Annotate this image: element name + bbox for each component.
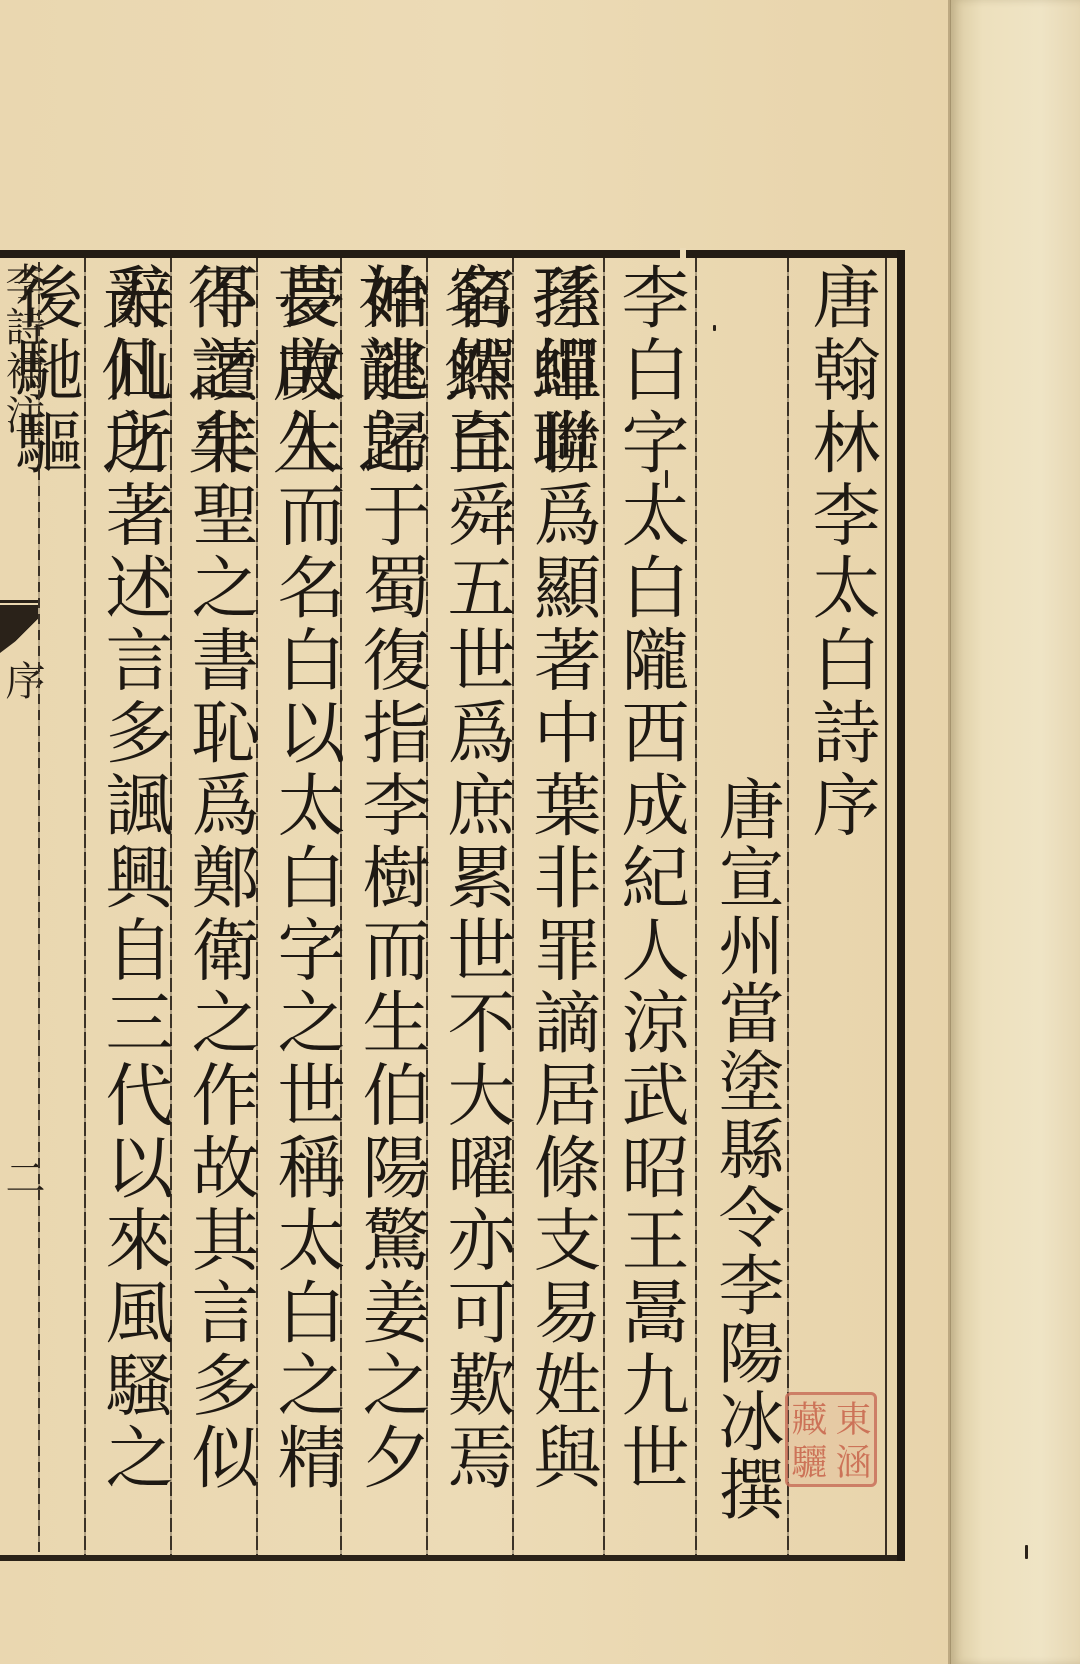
seal-char: 驪 <box>784 1440 828 1483</box>
ink-speck <box>713 325 716 331</box>
text-column-4: 始逃歸于蜀復指李樹而生伯陽驚姜之夕長庚入 <box>345 262 435 1552</box>
collector-seal: 東 涵 藏 驪 <box>785 1392 877 1487</box>
text-column-1: 李白字太白隴西成紀人涼武昭王暠九世孫蟬聯 <box>604 262 694 1552</box>
frame-top-border <box>0 250 905 258</box>
banxin-rule <box>38 262 40 1552</box>
column-rule <box>695 258 697 1555</box>
frame-right-border-inner <box>885 258 887 1555</box>
banxin-book-title: 李詩補注 <box>2 262 42 438</box>
banxin-fold-column: 李詩補注 序 二 <box>0 262 44 1552</box>
text-column-3: 窮蟬至舜五世爲庶累世不大曜亦可歎焉神龍之 <box>430 262 520 1552</box>
text-column-7: 辭凡所著述言多諷興自三代以來風騷之後馳驅 <box>88 262 178 1552</box>
paper-margin-right <box>950 0 1080 1664</box>
ink-speck <box>1025 1545 1028 1559</box>
seal-char: 東 <box>828 1397 872 1440</box>
text-column-6: 不讀非聖之書恥爲鄭衛之作故其言多似天仙之 <box>174 262 264 1552</box>
frame-top-gap <box>680 248 686 260</box>
banxin-section-label: 序 <box>2 660 42 700</box>
page-fold-line <box>948 0 951 1664</box>
frame-bottom-border <box>0 1555 905 1561</box>
banxin-page-number: 二 <box>2 1157 42 1197</box>
frame-right-border-outer <box>897 250 905 1561</box>
ink-speck <box>665 470 668 488</box>
fishtail-rule <box>0 600 38 603</box>
fishtail-icon <box>0 605 38 653</box>
author-line: 唐宣州當塗縣令李陽冰撰 <box>700 775 790 1555</box>
seal-char: 涵 <box>828 1440 872 1483</box>
text-column-5: 夢故生而名白以太白字之世稱太白之精得之矣 <box>260 262 350 1552</box>
preface-title: 唐翰林李太白詩序 <box>795 262 885 1552</box>
seal-char: 藏 <box>784 1397 828 1440</box>
text-column-2: 珪組世爲顯著中葉非罪謫居條支易姓與名然自 <box>516 262 606 1552</box>
